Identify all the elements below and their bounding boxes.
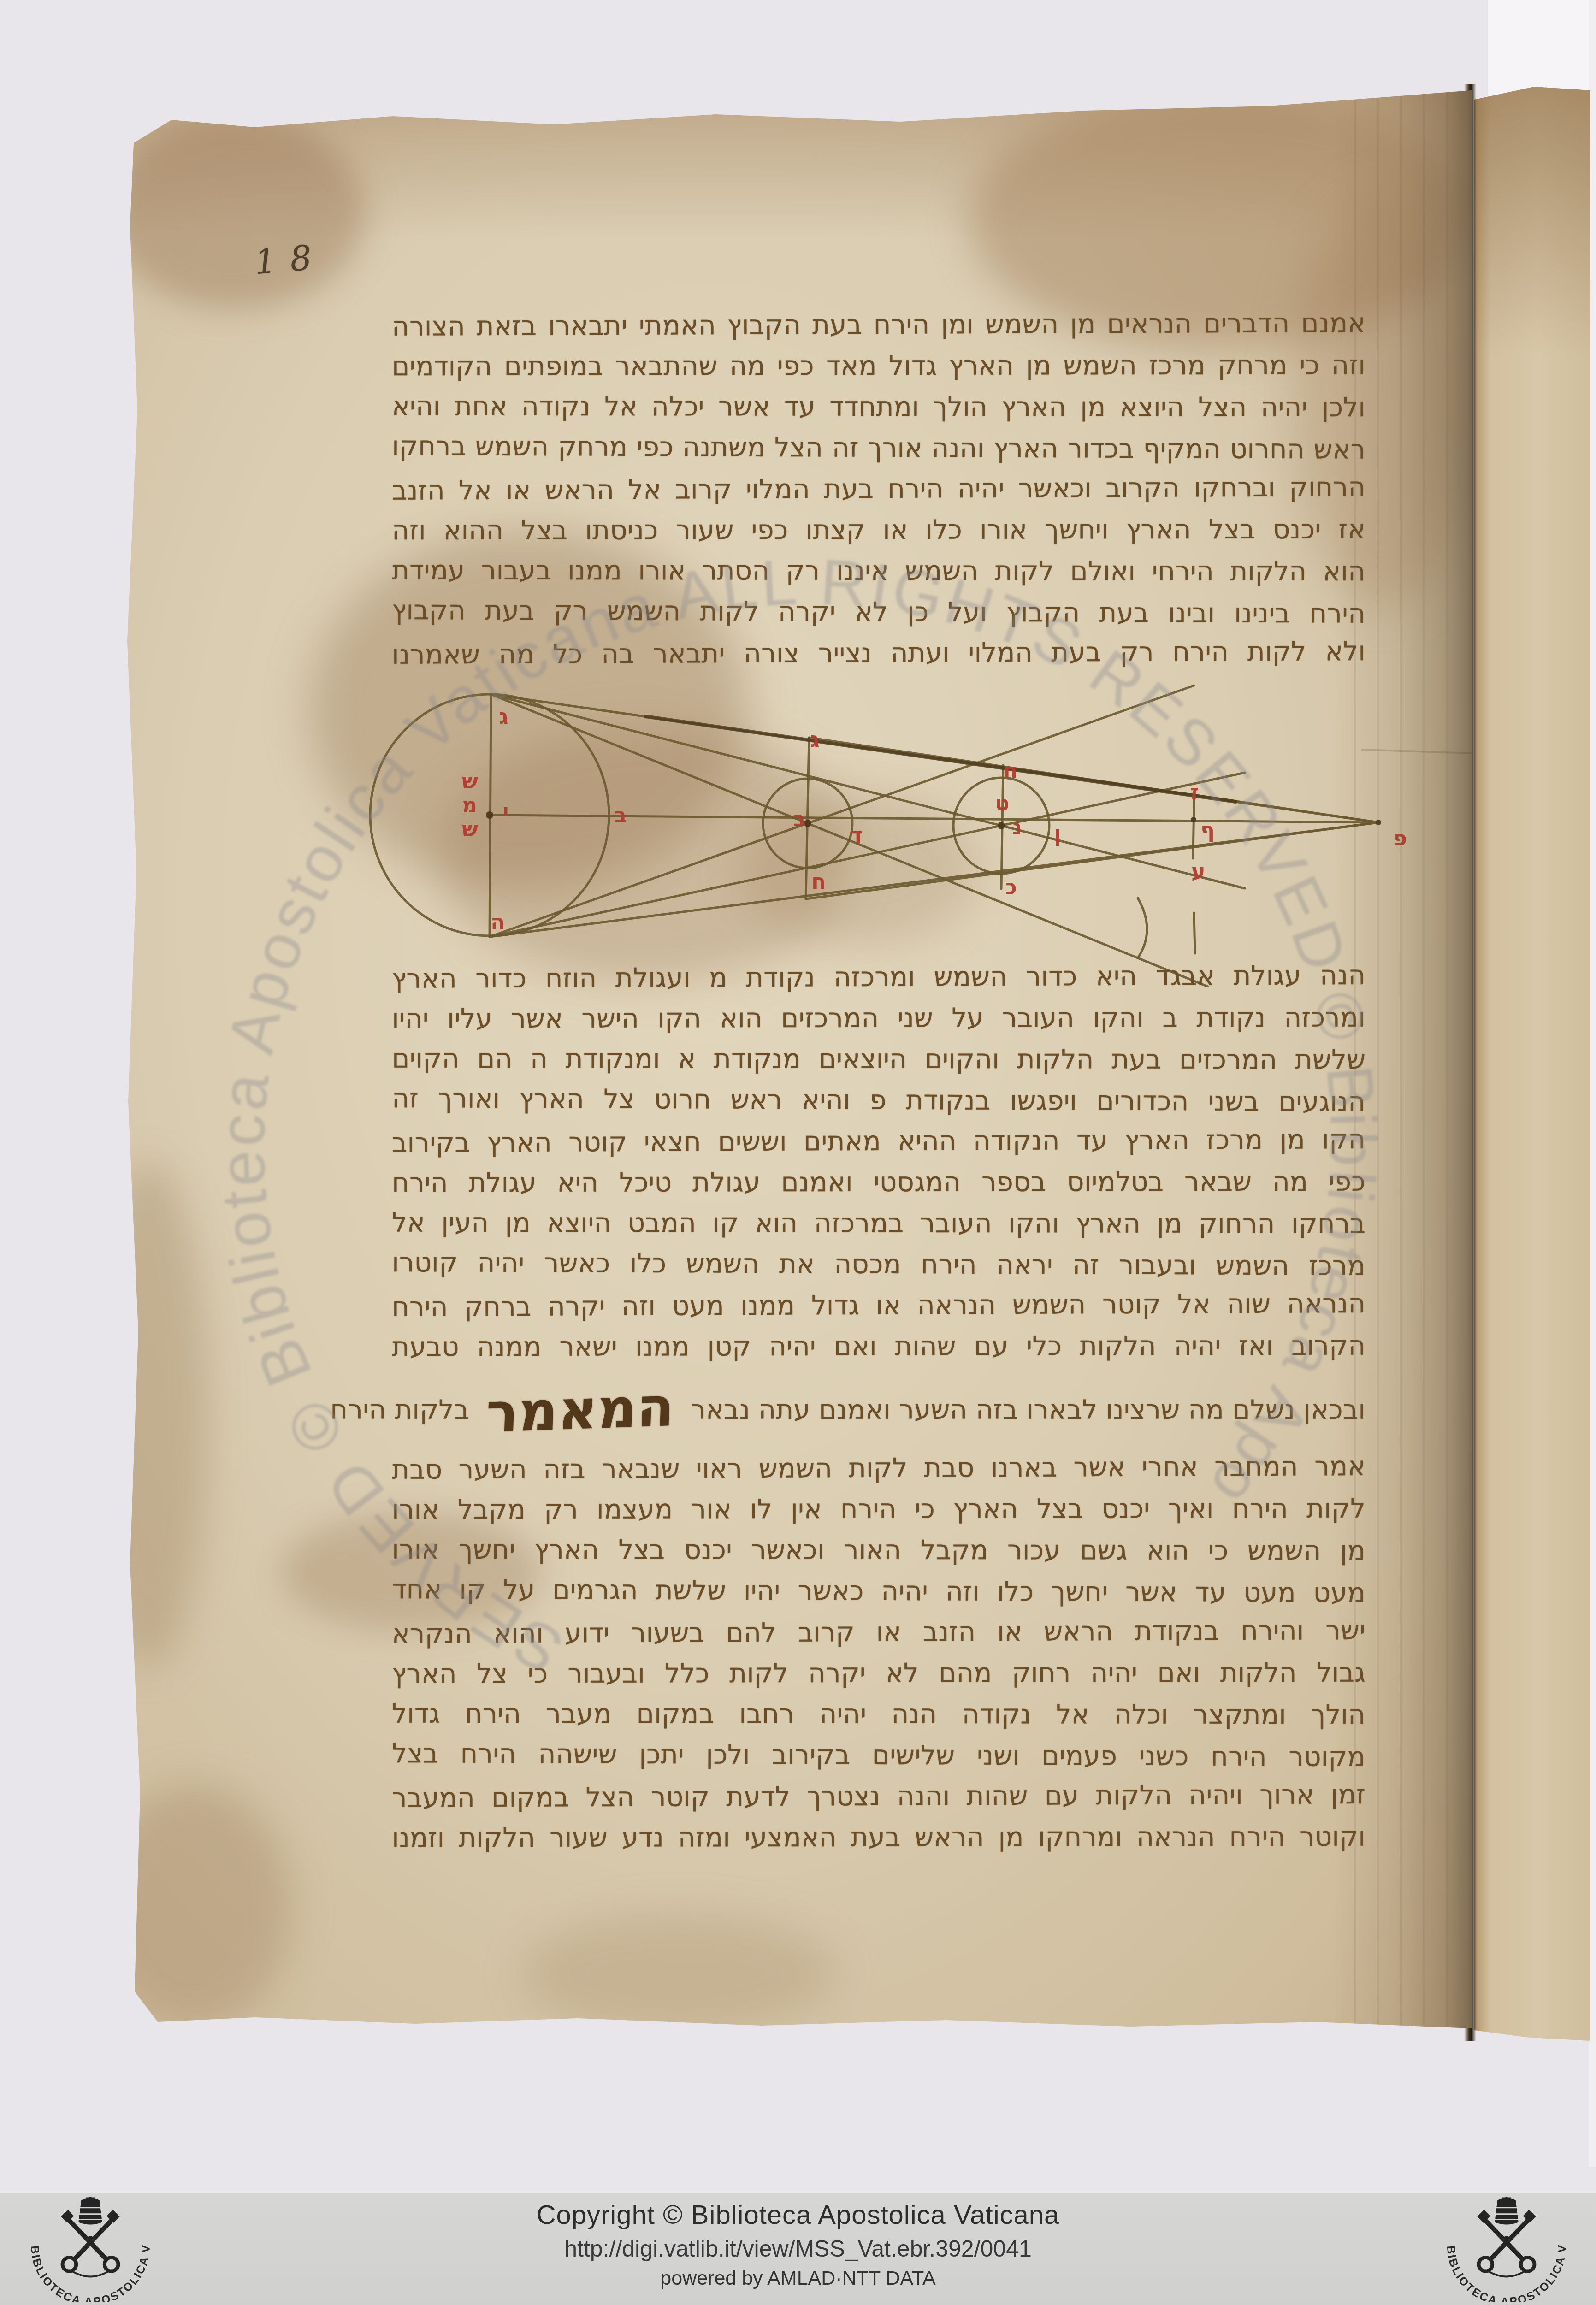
stain [89,1162,208,1669]
manuscript-line: הולך ומתקצר וכלה אל נקודה הנה יהיה רחבו … [392,1693,1365,1736]
sun-word-letter: ש [462,768,478,793]
manuscript-line: הקו מן מרכז הארץ עד הנקודה ההיא מאתים וש… [392,1119,1365,1164]
manuscript-line: הנראה שוה אל קוטר השמש הנראה או גדול ממנ… [392,1283,1365,1328]
point-label: י [502,799,509,824]
point-label: ג [499,704,508,729]
cross-line-b [490,686,1194,937]
manuscript-line: אמנם הדברים הנראים מן השמש ומן הירח בעת … [392,302,1365,347]
manuscript-line: וזה כי מרחק מרכז השמש מן הארץ גדול מאד כ… [392,345,1365,387]
apex-label: פ [1393,826,1407,851]
text-block-lower: אמר המחבר אחרי אשר בארנו סבת לקות השמש ר… [392,1448,1365,1858]
point-label: ה [491,910,505,934]
facing-page-sliver [1474,84,1590,2041]
footer-url: http://digi.vatlib.it/view/MSS_Vat.ebr.3… [564,2235,1032,2262]
manuscript-line: ישר והירח בנקודת הראש או הזנב או קרוב לה… [392,1610,1365,1655]
manuscript-line: הנה עגולת אבגד היא כדור השמש ומרכזה נקוד… [392,955,1365,999]
point-label: נ [1012,815,1022,839]
apex-dot [1376,820,1381,825]
stain [107,115,365,309]
manuscript-line: מרכז השמש ובעבור זה יראה הירח מכסה את הש… [392,1242,1365,1287]
point-label: ע [1191,859,1206,884]
footer-powered-by: powered by AMLAD·NTT DATA [660,2267,935,2290]
point-label: ף [1200,817,1215,842]
stain [522,1913,835,2033]
manuscript-line: ולכן יהיה הצל היוצא מן הארץ הולך ומתחדד … [392,386,1365,428]
manuscript-line: לקות הירח ואיך יכנס בצל הארץ כי הירח אין… [392,1488,1365,1531]
lower-inner-tangent [806,822,1378,899]
flourish [1138,898,1147,958]
footer-band: BIBLIOTECA APOSTOLICA VATICANA Copyright… [0,2193,1596,2305]
heading-left-text: בלקות הירח [330,1394,469,1425]
manuscript-line: וקוטר הירח הנראה ומרחקו מן הראש בעת האמצ… [392,1816,1365,1859]
manuscript-line: מעט מעט עד אשר יחשך כלו וזה יהיה כאשר יה… [392,1569,1365,1613]
cross-line-a [491,694,1208,987]
manuscript-line: כפי מה שבאר בטלמיוס בספר המגסטי ואמנם עג… [392,1161,1365,1204]
text-block-upper: אמנם הדברים הנראים מן השמש ומן הירח בעת … [392,304,1365,674]
point-label: ט [995,791,1009,816]
point-label: ג [810,727,820,752]
point-label: ן [1054,821,1061,846]
stray-stroke [1194,913,1195,953]
point-label: ח [1003,758,1018,783]
manuscript-line: הרחוק וברחקו הקרוב וכאשר יהיה הירח בעת ה… [392,467,1365,511]
manuscript-line: אז יכנס בצל הארץ ויחשך אורו כלו או קצתו … [392,509,1365,551]
manuscript-line: אמר המחבר אחרי אשר בארנו סבת לקות השמש ר… [392,1446,1365,1490]
manuscript-line: הנוגעים בשני הכדורים ויפגשו בנקודת פ והי… [392,1078,1365,1123]
folio-number: 18 [253,236,327,282]
cross-line-c [491,694,1245,888]
moon-center-dot [998,822,1005,829]
bar-center-dot [1191,817,1196,822]
manuscript-line: ומרכזה נקודת ב והקו העובר על שני המרכזים… [392,997,1365,1040]
manuscript-line: זמן ארוך ויהיה הלקות עם שהות והנה נצטרך … [392,1774,1365,1819]
overinked-tangent [645,716,1235,802]
digitized-manuscript-scan: { "scan": { "folio_number": "18" }, "wat… [0,0,1596,2305]
point-label: כ [1005,875,1017,899]
point-label: ב [793,806,806,831]
manuscript-line: מקוטר הירח כשני פעמים ושני שלישים בקירוב… [392,1733,1365,1778]
text-block-middle: הנה עגולת אבגד היא כדור השמש ומרכזה נקוד… [392,957,1365,1367]
manuscript-line: הקרוב ואז יהיה הלקות כלי עם שהות ואם יהי… [392,1325,1365,1368]
sun-word-letter: מ [462,792,477,817]
manuscript-line: ראש החרוט המקיף בכדור הארץ והנה אורך זה … [392,426,1365,470]
crossed-keys-tiara-icon [1478,2197,1536,2276]
heading-big-word: המאמר [485,1375,675,1445]
section-heading-row: ובכאן נשלם מה שרצינו לבארו בזה השער ואמנ… [392,1373,1365,1447]
point-label: ד [850,823,863,848]
point-label: ז [1190,780,1199,804]
far-bar [1193,800,1194,858]
diagram-lines [370,686,1381,987]
vatican-library-emblem-right: BIBLIOTECA APOSTOLICA VATICANA [1437,2197,1576,2302]
heading-right-text: ובכאן נשלם מה שרצינו לבארו בזה השער ואמנ… [691,1394,1365,1425]
paper-crease [1361,749,1472,754]
footer-text: Copyright © Biblioteca Apostolica Vatica… [0,2199,1596,2290]
sun-center-dot [486,811,493,819]
manuscript-line: שלשת המרכזים בעת הלקות והקוים היוצאים מנ… [392,1038,1365,1081]
manuscript-page: 18 אמנם הדברים הנראים מן השמש ומן הירח ב… [116,88,1472,2028]
manuscript-line: מן השמש כי הוא גשם עכור מקבל האור וכאשר … [392,1529,1365,1572]
eclipse-cone-diagram: ג ש מ ש י ב ה ג ב ד ח ח ט נ ן כ ז ף ע פ [175,655,1448,987]
point-label: ח [811,869,826,894]
sun-word-letter: ש [462,816,478,841]
point-label: ב [614,803,627,827]
manuscript-line: גבול הלקות ואם יהיה רחוק מהם לא יקרה לקו… [392,1652,1365,1695]
stain [98,1784,291,2028]
manuscript-line: ברחקו הרחוק מן הארץ והקו העובר במרכזה הו… [392,1202,1365,1245]
footer-copyright: Copyright © Biblioteca Apostolica Vatica… [537,2199,1060,2230]
manuscript-line: הוא הלקות הירחי ואולם לקות השמש איננו רק… [392,550,1365,592]
manuscript-line: הירח בינינו ובינו בעת הקבוץ ועל כן לא יק… [392,590,1365,634]
